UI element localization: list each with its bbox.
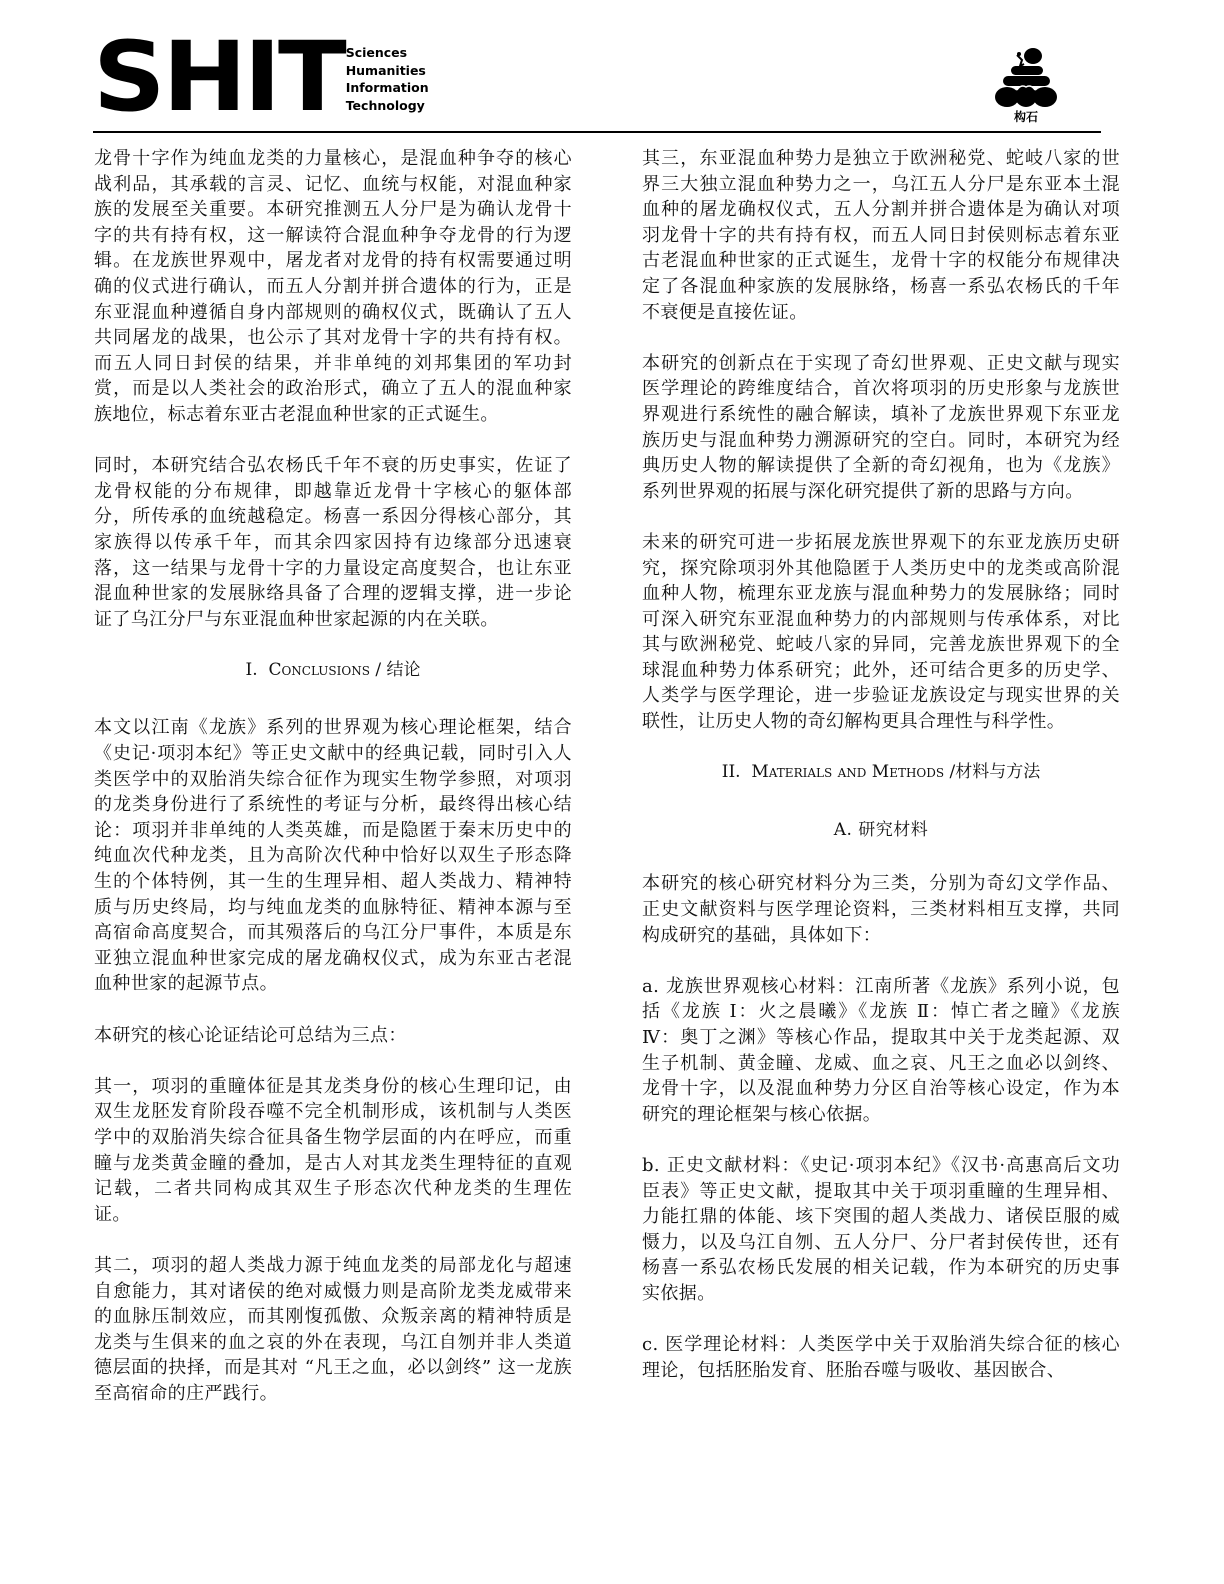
body-paragraph: 本研究的创新点在于实现了奇幻世界观、正史文献与现实医学理论的跨维度结合，首次将项…: [642, 351, 1120, 505]
section-title-cn: /材料与方法: [944, 762, 1040, 782]
body-paragraph: 本研究的核心研究材料分为三类，分别为奇幻文学作品、正史文献资料与医学理论资料，三…: [642, 871, 1120, 948]
list-item-material-b: b. 正史文献材料：《史记·项羽本纪》《汉书·高惠高后文功臣表》等正史文献，提取…: [642, 1153, 1120, 1307]
logo-word: Information: [346, 79, 429, 97]
body-paragraph: 其一，项羽的重瞳体征是其龙类身份的核心生理印记，由双生龙胚发育阶段吞噬不完全机制…: [94, 1074, 572, 1228]
section-numeral: II.: [722, 762, 741, 782]
publisher-logo: 构石: [991, 46, 1061, 125]
subsection-heading: A. 研究材料: [642, 818, 1120, 844]
body-paragraph: 本研究的核心论证结论可总结为三点：: [94, 1023, 572, 1049]
logo-words: Sciences Humanities Information Technolo…: [346, 44, 429, 114]
page-header: SHIT Sciences Humanities Information Tec…: [93, 38, 1101, 130]
section-title: Materials and Methods: [751, 762, 944, 782]
logo-word: Humanities: [346, 62, 429, 80]
list-item-material-c: c. 医学理论材料：人类医学中关于双胎消失综合征的核心理论，包括胚胎发育、胚胎吞…: [642, 1332, 1120, 1383]
body-paragraph: 龙骨十字作为纯血龙类的力量核心，是混血种争夺的核心战利品，其承载的言灵、记忆、血…: [94, 146, 572, 428]
body-paragraph: 未来的研究可进一步拓展龙族世界观下的东亚龙族历史研究，探究除项羽外其他隐匿于人类…: [642, 530, 1120, 735]
section-numeral: I.: [246, 660, 258, 680]
publisher-name: 构石: [991, 108, 1061, 125]
body-paragraph: 本文以江南《龙族》系列的世界观为核心理论框架，结合《史记·项羽本纪》等正史文献中…: [94, 715, 572, 997]
left-column: 龙骨十字作为纯血龙类的力量核心，是混血种争夺的核心战利品，其承载的言灵、记忆、血…: [94, 146, 572, 1432]
list-item-material-a: a. 龙族世界观核心材料：江南所著《龙族》系列小说，包括《龙族 Ⅰ：火之晨曦》《…: [642, 974, 1120, 1128]
right-column: 其三，东亚混血种势力是独立于欧洲秘党、蛇岐八家的世界三大独立混血种势力之一，乌江…: [642, 146, 1120, 1409]
stone-pile-icon: [993, 46, 1059, 108]
logo-word: Technology: [346, 97, 429, 115]
logo-mark: SHIT: [93, 38, 344, 116]
section-title-cn: / 结论: [370, 660, 421, 680]
journal-logo: SHIT Sciences Humanities Information Tec…: [93, 40, 429, 116]
body-paragraph: 其三，东亚混血种势力是独立于欧洲秘党、蛇岐八家的世界三大独立混血种势力之一，乌江…: [642, 146, 1120, 325]
section-heading-conclusions: I. Conclusions / 结论: [94, 658, 572, 684]
header-divider: [93, 131, 1101, 133]
section-heading-materials-methods: II. Materials and Methods /材料与方法: [642, 760, 1120, 786]
body-paragraph: 其二，项羽的超人类战力源于纯血龙类的局部龙化与超速自愈能力，其对诸侯的绝对威慑力…: [94, 1253, 572, 1407]
body-paragraph: 同时，本研究结合弘农杨氏千年不衰的历史事实，佐证了龙骨权能的分布规律，即越靠近龙…: [94, 453, 572, 632]
logo-word: Sciences: [346, 44, 429, 62]
section-title: Conclusions: [268, 660, 369, 680]
